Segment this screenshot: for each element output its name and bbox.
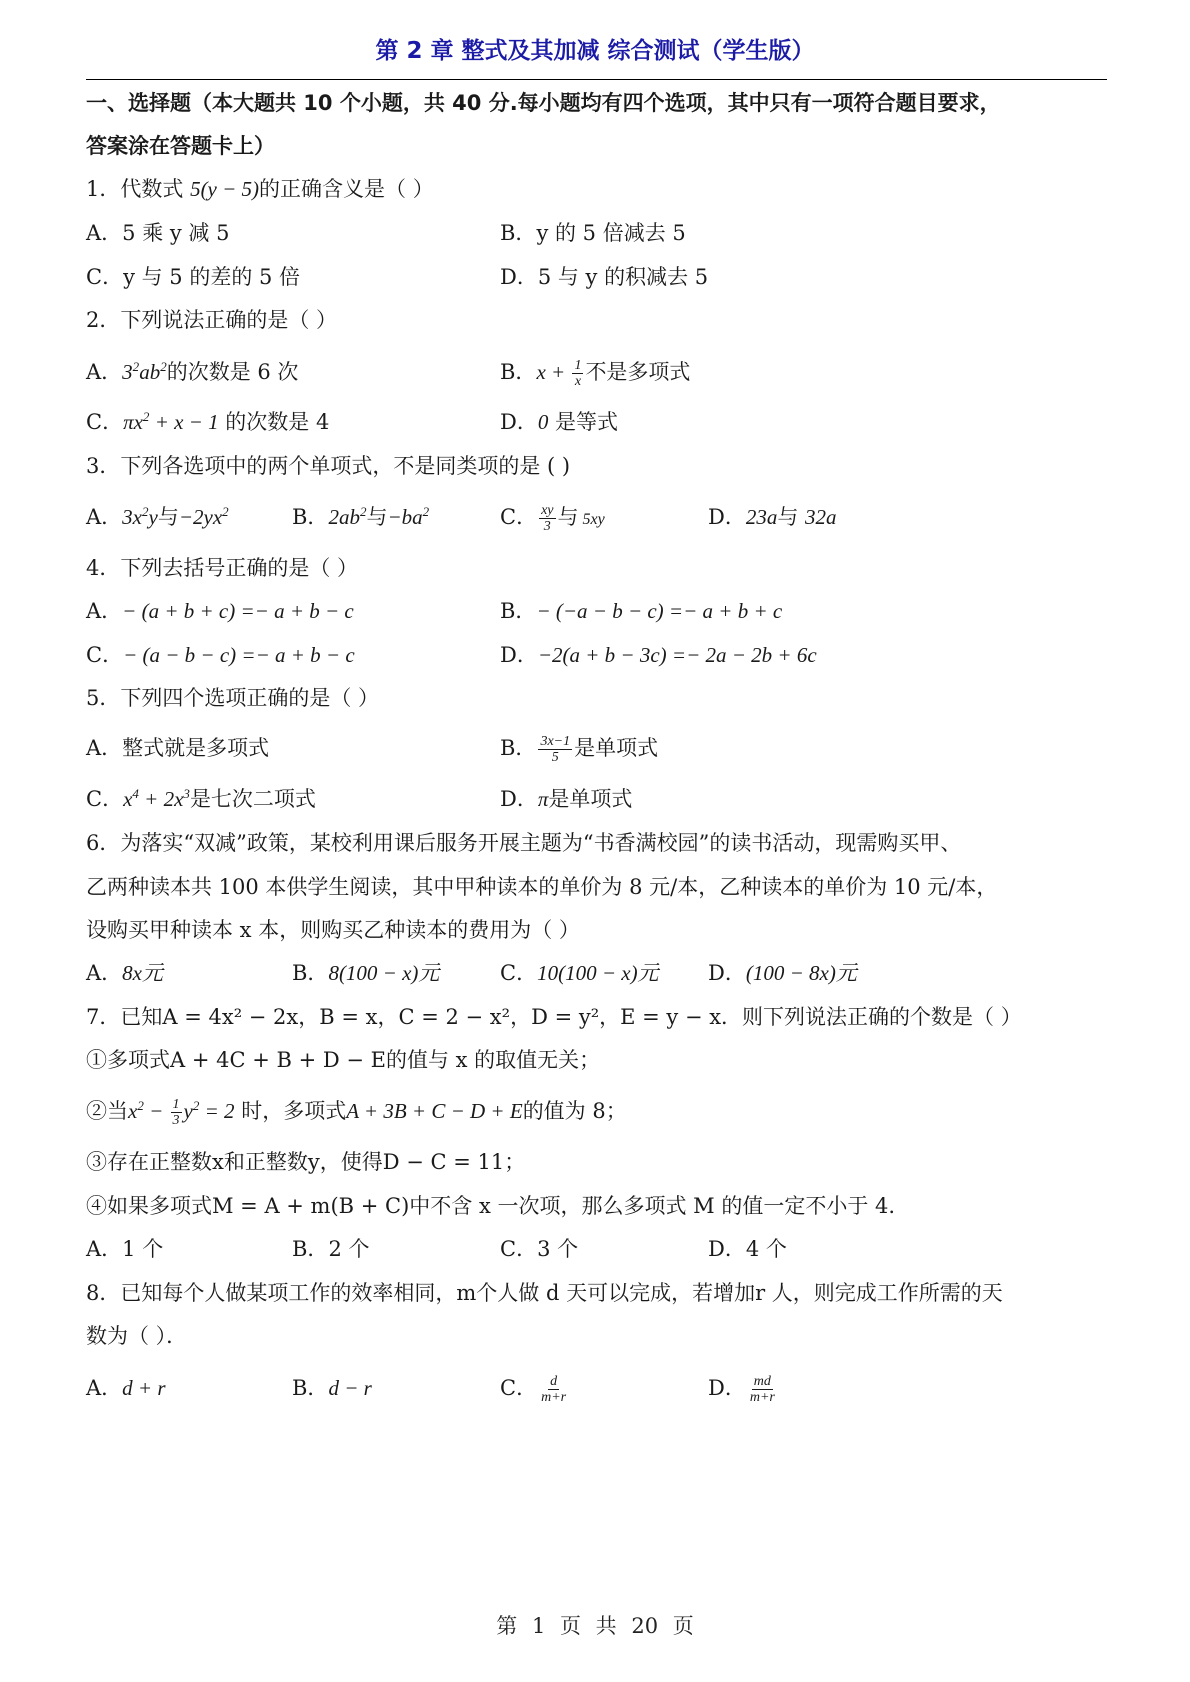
option-a: A．32ab2的次数是 6 次: [86, 357, 298, 387]
option-c: C．3 个: [500, 1234, 578, 1264]
option-a: A．1 个: [86, 1234, 163, 1264]
option-c: C．10(100 − x)元: [500, 958, 659, 988]
fraction: xy3: [539, 503, 555, 534]
question-stem: 已知A = 4x² − 2x，B = x，C = 2 − x²，D = y²，E…: [120, 1005, 1021, 1029]
fraction: mdm+r: [748, 1374, 777, 1405]
title-divider: [86, 79, 1107, 80]
question-number: 6．: [86, 831, 120, 855]
question-6-cont: 设购买甲种读本 x 本，则购买乙种读本的费用为（ ）: [86, 915, 580, 945]
question-7: 7．已知A = 4x² − 2x，B = x，C = 2 − x²，D = y²…: [86, 1002, 1022, 1032]
page-number: 第 1 页 共 20 页: [0, 1610, 1190, 1640]
question-stem: 下列四个选项正确的是（ ）: [120, 686, 379, 710]
question-stem: 下列各选项中的两个单项式，不是同类项的是 ( ): [120, 454, 570, 478]
question-stem: 已知每个人做某项工作的效率相同，m个人做 d 天可以完成，若增加r 人，则完成工…: [120, 1281, 1002, 1305]
option-a: A．d + r: [86, 1373, 166, 1403]
question-stem: 为落实“双减”政策，某校利用课后服务开展主题为“书香满校园”的读书活动，现需购买…: [120, 831, 961, 855]
question-4: 4．下列去括号正确的是（ ）: [86, 553, 358, 583]
option-b: B．8(100 − x)元: [292, 958, 439, 988]
question-number: 7．: [86, 1005, 120, 1029]
question-number: 4．: [86, 556, 120, 580]
option-d: D．0 是等式: [500, 407, 618, 437]
statement-2: ②当x2 − 13y2 = 2 时，多项式A + 3B + C − D + E的…: [86, 1096, 627, 1128]
question-number: 5．: [86, 686, 120, 710]
option-c: C．x4 + 2x3是七次二项式: [86, 784, 316, 814]
fraction: dm+r: [539, 1374, 568, 1405]
option-b: B．3x−15是单项式: [500, 733, 658, 765]
question-stem: 下列说法正确的是（ ）: [120, 308, 337, 332]
option-a: A．整式就是多项式: [86, 733, 269, 763]
option-a: A．− (a + b + c) =− a + b − c: [86, 596, 354, 626]
question-2: 2．下列说法正确的是（ ）: [86, 305, 337, 335]
question-stem: 的正确含义是（ ）: [259, 177, 434, 201]
math-expression: 5(y − 5): [190, 177, 259, 201]
question-number: 1．: [86, 177, 120, 201]
option-a: A．8x元: [86, 958, 163, 988]
option-c: C．− (a − b − c) =− a + b − c: [86, 640, 355, 670]
question-5: 5．下列四个选项正确的是（ ）: [86, 683, 379, 713]
question-6-cont: 乙两种读本共 100 本供学生阅读，其中甲种读本的单价为 8 元/本，乙种读本的…: [86, 872, 997, 902]
option-b: B．y 的 5 倍减去 5: [500, 218, 686, 248]
option-b: B．d − r: [292, 1373, 372, 1403]
option-b: B．x + 1x不是多项式: [500, 357, 690, 389]
option-d: D．(100 − 8x)元: [708, 958, 857, 988]
option-a: A．5 乘 y 减 5: [86, 218, 229, 248]
question-3: 3．下列各选项中的两个单项式，不是同类项的是 ( ): [86, 451, 570, 481]
option-d: D．5 与 y 的积减去 5: [500, 262, 708, 292]
option-c: C．πx2 + x − 1 的次数是 4: [86, 407, 329, 437]
option-c: C．dm+r: [500, 1373, 570, 1405]
document-page: 第 2 章 整式及其加减 综合测试（学生版） 一、选择题（本大题共 10 个小题…: [0, 0, 1190, 1682]
statement-4: ④如果多项式M = A + m(B + C)中不含 x 一次项，那么多项式 M …: [86, 1191, 895, 1221]
option-b: B．2 个: [292, 1234, 369, 1264]
option-d: D．−2(a + b − 3c) =− 2a − 2b + 6c: [500, 640, 817, 670]
document-title: 第 2 章 整式及其加减 综合测试（学生版）: [0, 32, 1190, 65]
option-b: B．− (−a − b − c) =− a + b + c: [500, 596, 782, 626]
option-c: C．xy3与 5xy: [500, 502, 605, 535]
section-heading: 一、选择题（本大题共 10 个小题，共 40 分.每小题均有四个选项，其中只有一…: [86, 88, 1001, 118]
option-d: D．23a与 32a: [708, 502, 837, 532]
question-number: 2．: [86, 308, 120, 332]
section-heading-cont: 答案涂在答题卡上）: [86, 131, 275, 161]
option-d: D．4 个: [708, 1234, 787, 1264]
option-d: D．mdm+r: [708, 1373, 779, 1405]
fraction: 13: [171, 1097, 182, 1128]
question-8-cont: 数为（ ）．: [86, 1321, 187, 1351]
question-number: 3．: [86, 454, 120, 478]
question-8: 8．已知每个人做某项工作的效率相同，m个人做 d 天可以完成，若增加r 人，则完…: [86, 1278, 1003, 1308]
option-b: B．2ab2与−ba2: [292, 502, 429, 532]
fraction: 3x−15: [538, 734, 572, 765]
statement-3: ③存在正整数x和正整数y，使得D − C = 11；: [86, 1147, 525, 1177]
option-a: A．3x2y与−2yx2: [86, 502, 229, 532]
question-number: 8．: [86, 1281, 120, 1305]
fraction: 1x: [572, 358, 583, 389]
option-d: D．π是单项式: [500, 784, 632, 814]
question-stem: 下列去括号正确的是（ ）: [120, 556, 358, 580]
question-1: 1．代数式 5(y − 5)的正确含义是（ ）: [86, 174, 434, 204]
option-c: C．y 与 5 的差的 5 倍: [86, 262, 300, 292]
statement-1: ①多项式A + 4C + B + D − E的值与 x 的取值无关；: [86, 1045, 600, 1075]
question-stem: 代数式: [120, 177, 190, 201]
question-6: 6．为落实“双减”政策，某校利用课后服务开展主题为“书香满校园”的读书活动，现需…: [86, 828, 961, 858]
